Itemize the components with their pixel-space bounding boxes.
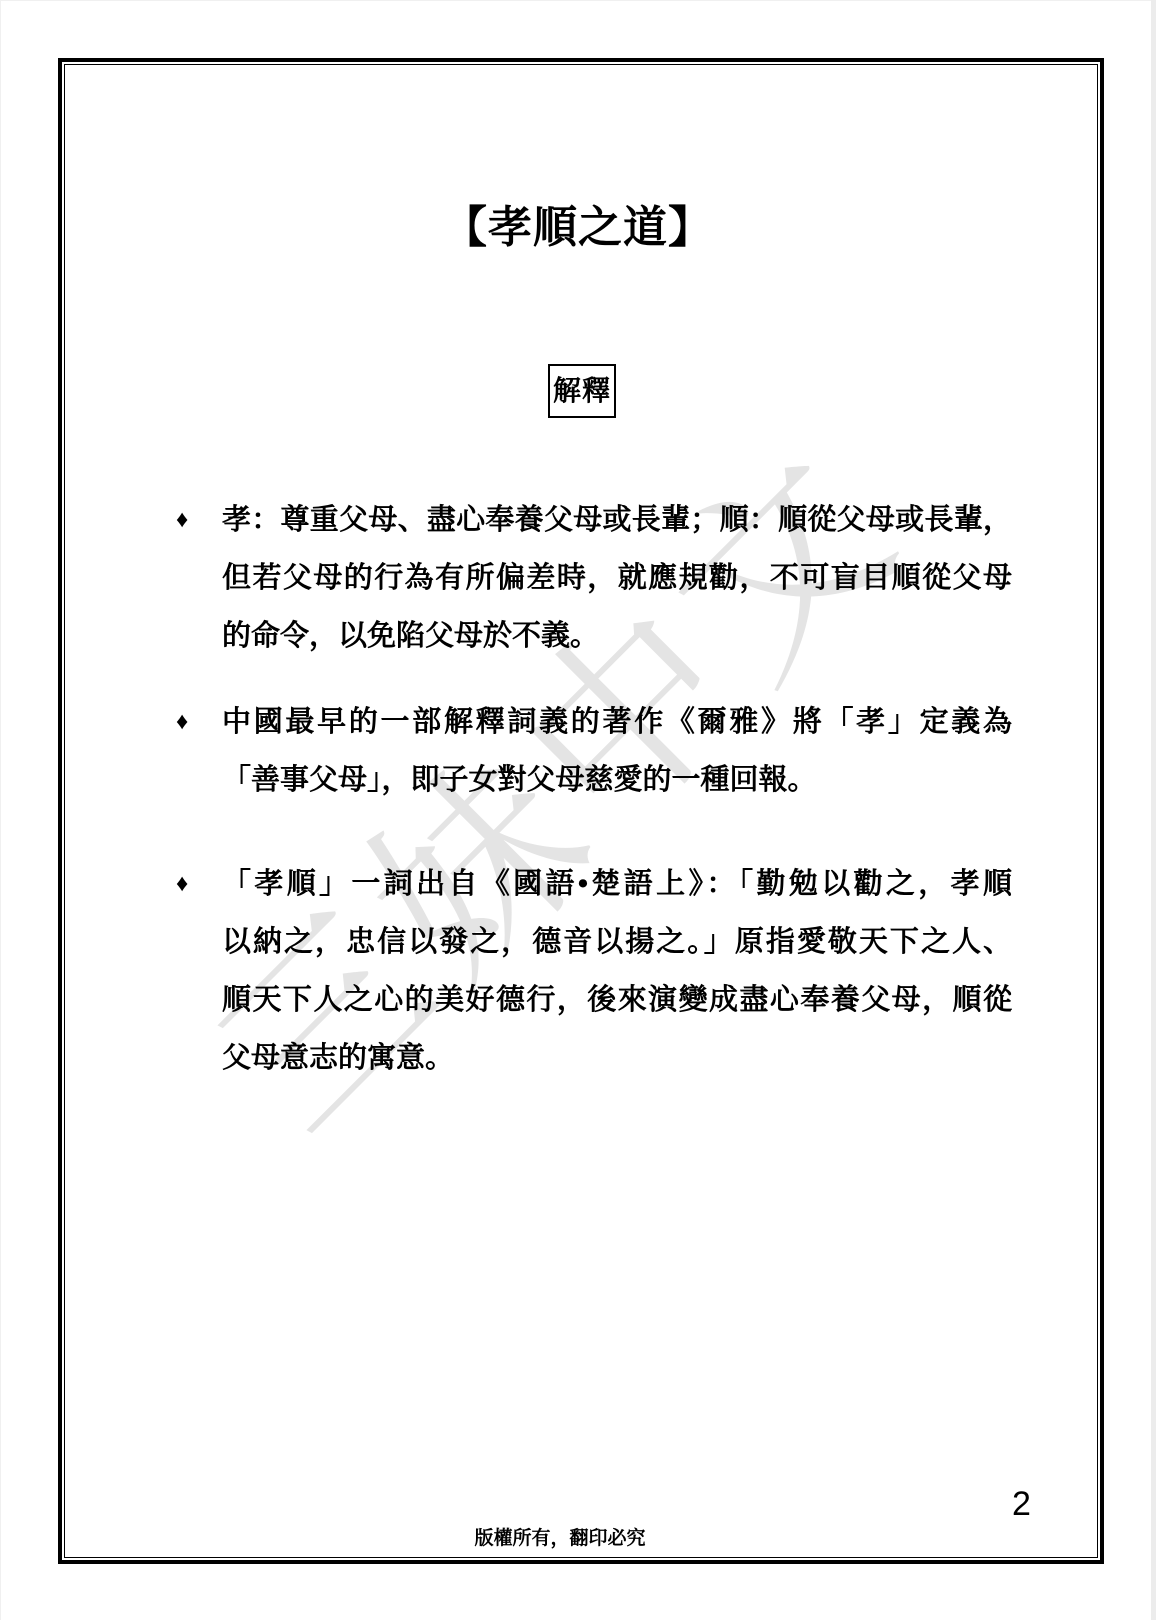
diamond-bullet-icon: ♦ — [176, 491, 222, 549]
bullet-line: 「善事父母」，即子女對父母慈愛的一種回報。 — [222, 751, 1016, 809]
bullet-line: 順天下人之心的美好德行，後來演變成盡心奉養父母，順從 — [222, 971, 1012, 1029]
document-page: { "page": { "title": "【孝順之道】", "section_… — [0, 0, 1156, 1620]
bullet-item: ♦中國最早的一部解釋詞義的著作《爾雅》將「孝」定義為「善事父母」，即子女對父母慈… — [176, 693, 1016, 809]
bullet-item: ♦孝：尊重父母、盡心奉養父母或長輩；順：順從父母或長輩，但若父母的行為有所偏差時… — [176, 491, 1016, 665]
bullet-text: 中國最早的一部解釋詞義的著作《爾雅》將「孝」定義為「善事父母」，即子女對父母慈愛… — [222, 693, 1016, 809]
bullet-text: 孝：尊重父母、盡心奉養父母或長輩；順：順從父母或長輩，但若父母的行為有所偏差時，… — [222, 491, 1016, 665]
bullet-item: ♦「孝順」一詞出自《國語•楚語上》：「勤勉以勸之，孝順以納之，忠信以發之，德音以… — [176, 855, 1016, 1087]
page-content: 【孝順之道】 解釋 ♦孝：尊重父母、盡心奉養父母或長輩；順：順從父母或長輩，但若… — [0, 0, 1156, 1620]
bullet-list: ♦孝：尊重父母、盡心奉養父母或長輩；順：順從父母或長輩，但若父母的行為有所偏差時… — [176, 491, 1016, 1087]
page-number: 2 — [1012, 1484, 1072, 1524]
diamond-bullet-icon: ♦ — [176, 855, 222, 913]
bullet-line: 父母意志的寓意。 — [222, 1029, 1016, 1087]
bullet-line: 但若父母的行為有所偏差時，就應規勸，不可盲目順從父母 — [222, 549, 1012, 607]
bullet-line: 孝：尊重父母、盡心奉養父母或長輩；順：順從父母或長輩， — [222, 491, 1012, 549]
page-title: 【孝順之道】 — [0, 203, 1156, 253]
footer-copyright: 版權所有，翻印必究 — [360, 1527, 760, 1551]
bullet-line: 以納之，忠信以發之，德音以揚之。」原指愛敬天下之人、 — [222, 913, 1012, 971]
diamond-bullet-icon: ♦ — [176, 693, 222, 751]
bullet-line: 中國最早的一部解釋詞義的著作《爾雅》將「孝」定義為 — [222, 693, 1012, 751]
section-label-box: 解釋 — [548, 364, 616, 418]
bullet-line: 的命令，以免陷父母於不義。 — [222, 607, 1016, 665]
bullet-line: 「孝順」一詞出自《國語•楚語上》：「勤勉以勸之，孝順 — [222, 855, 1012, 913]
bullet-text: 「孝順」一詞出自《國語•楚語上》：「勤勉以勸之，孝順以納之，忠信以發之，德音以揚… — [222, 855, 1016, 1087]
